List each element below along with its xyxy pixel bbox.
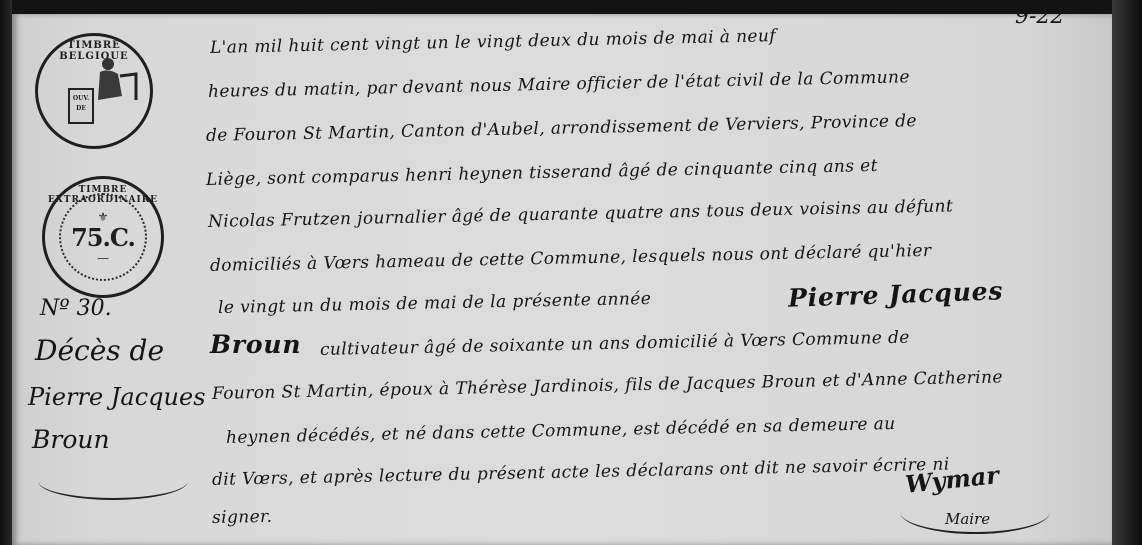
- margin-title-line-3: Broun: [32, 425, 110, 454]
- stamp-ring-text: TIMBRE EXTRAORDINAIRE: [45, 185, 161, 205]
- timbre-belgique-stamp: TIMBRE BELGIQUE OUV. DE: [35, 33, 153, 149]
- ornament-rule-icon: —: [97, 252, 109, 264]
- seated-figure-icon: [86, 56, 142, 106]
- timbre-extraordinaire-stamp: TIMBRE EXTRAORDINAIRE ⚜ 75.C. —: [42, 176, 164, 298]
- signature-flourish: [900, 490, 1050, 534]
- body-line-12: signer.: [212, 507, 273, 528]
- scan-top-border: [0, 0, 1142, 14]
- entry-number: Nº 30.: [40, 296, 112, 321]
- reference-number: 9-22: [1015, 4, 1064, 29]
- scan-left-border: [0, 0, 12, 545]
- margin-title-line-2: Pierre Jacques: [28, 383, 206, 411]
- margin-title-line-1: Décès de: [35, 334, 164, 367]
- scan-right-border: [1112, 0, 1142, 545]
- stamp-inner-ring: ⚜ 75.C. —: [59, 193, 147, 281]
- margin-flourish: [38, 462, 188, 500]
- deceased-surname: Broun: [210, 330, 301, 359]
- stamp-value: 75.C.: [71, 223, 135, 252]
- fleur-de-lis-icon: ⚜: [98, 211, 109, 223]
